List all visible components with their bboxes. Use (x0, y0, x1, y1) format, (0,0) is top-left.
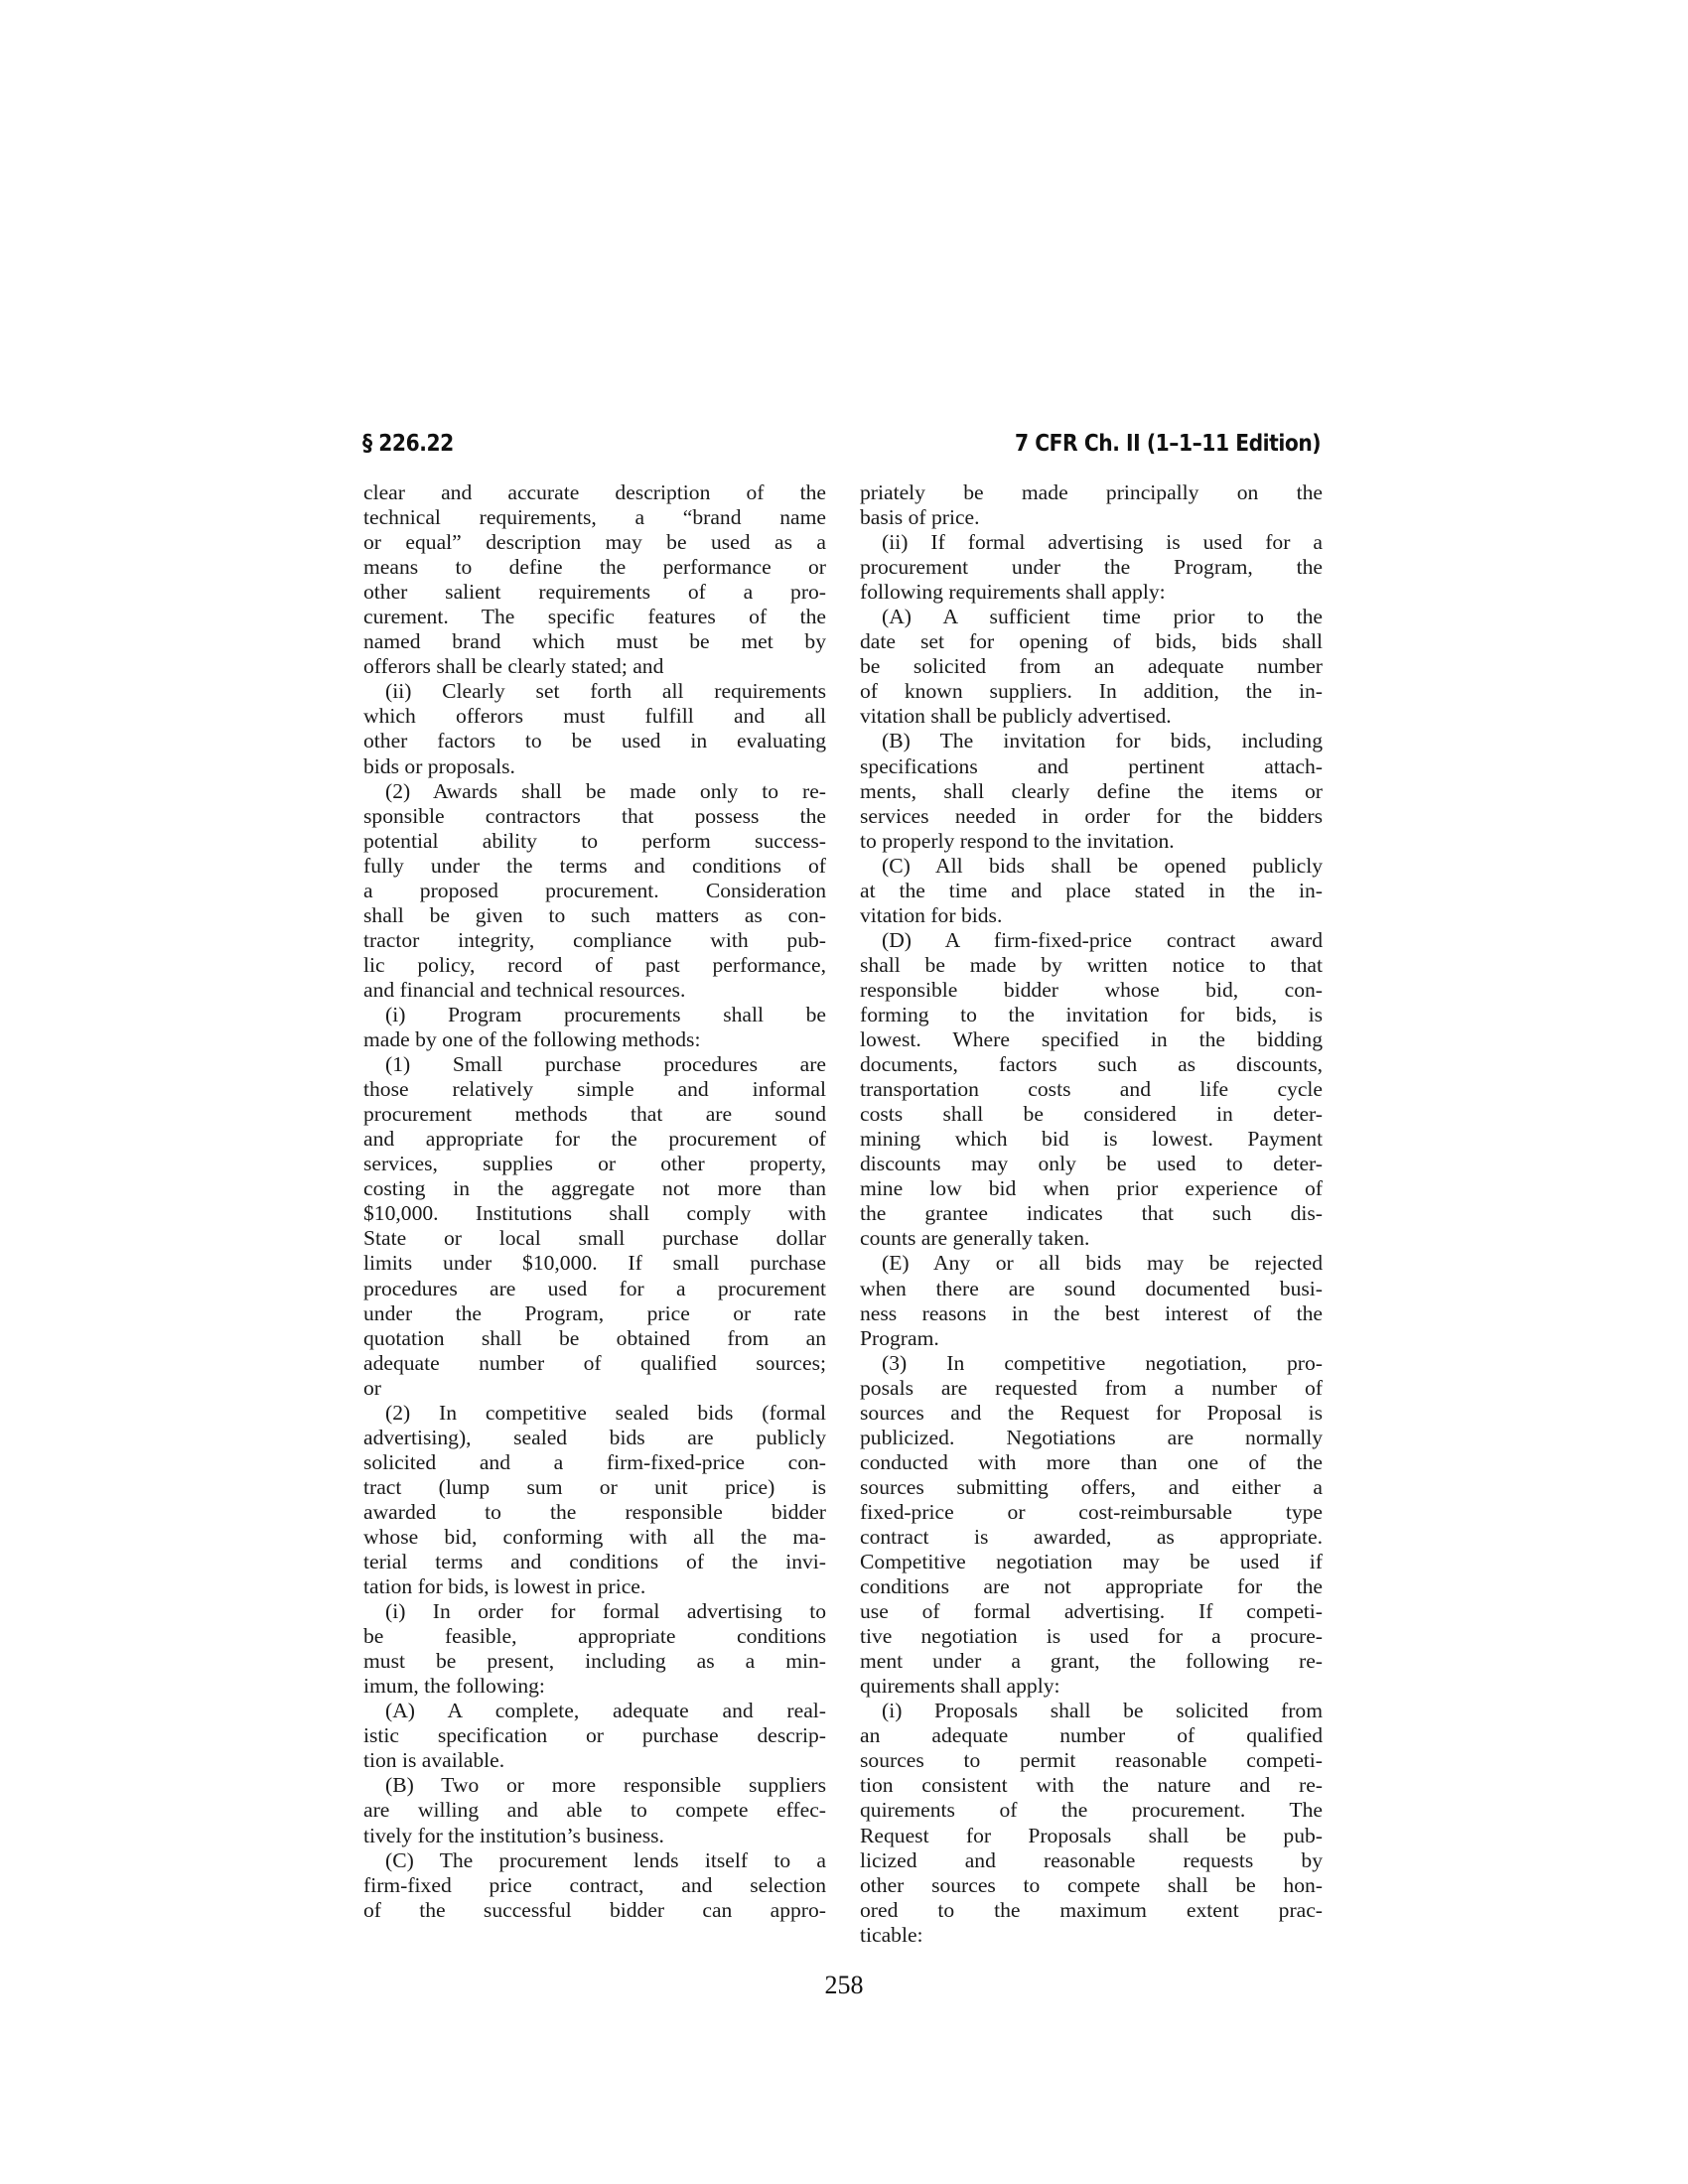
text-line: (C) All bids shall be opened publicly (860, 854, 1323, 879)
text-line: terial terms and conditions of the invi- (363, 1550, 826, 1574)
text-line: tively for the institution’s business. (363, 1824, 826, 1848)
paragraph: priately be made principally on thebasis… (860, 480, 1323, 530)
text-line: tation for bids, is lowest in price. (363, 1574, 826, 1599)
cfr-edition-header: 7 CFR Ch. II (1–1–11 Edition) (1015, 431, 1321, 457)
paragraph: (E) Any or all bids may be rejectedwhen … (860, 1251, 1323, 1350)
text-line: (1) Small purchase procedures are (363, 1052, 826, 1077)
text-line: (E) Any or all bids may be rejected (860, 1251, 1323, 1276)
text-line: tion consistent with the nature and re- (860, 1773, 1323, 1798)
text-line: basis of price. (860, 505, 1323, 530)
text-line: conditions are not appropriate for the (860, 1574, 1323, 1599)
paragraph: (i) Proposals shall be solicited froman … (860, 1699, 1323, 1947)
text-line: (A) A sufficient time prior to the (860, 605, 1323, 629)
text-line: curement. The specific features of the (363, 605, 826, 629)
text-line: (C) The procurement lends itself to a (363, 1848, 826, 1873)
paragraph: clear and accurate description of thetec… (363, 480, 826, 679)
text-line: State or local small purchase dollar (363, 1226, 826, 1251)
text-line: made by one of the following methods: (363, 1027, 826, 1052)
paragraph: (1) Small purchase procedures arethose r… (363, 1052, 826, 1401)
text-line: tive negotiation is used for a procure- (860, 1624, 1323, 1649)
text-line: priately be made principally on the (860, 480, 1323, 505)
paragraph: (i) Program procurements shall bemade by… (363, 1003, 826, 1052)
text-line: are willing and able to compete effec- (363, 1798, 826, 1823)
text-line: lic policy, record of past performance, (363, 953, 826, 978)
text-line: contract is awarded, as appropriate. (860, 1525, 1323, 1550)
text-line: specifications and pertinent attach- (860, 754, 1323, 779)
paragraph: (2) In competitive sealed bids (formalad… (363, 1401, 826, 1599)
text-line: a proposed procurement. Consideration (363, 879, 826, 903)
text-line: date set for opening of bids, bids shall (860, 629, 1323, 654)
text-line: documents, factors such as discounts, (860, 1052, 1323, 1077)
text-line: licized and reasonable requests by (860, 1848, 1323, 1873)
text-line: use of formal advertising. If competi- (860, 1599, 1323, 1624)
text-line: clear and accurate description of the (363, 480, 826, 505)
text-line: solicited and a firm-fixed-price con- (363, 1450, 826, 1475)
text-line: (B) The invitation for bids, including (860, 729, 1323, 753)
text-line: discounts may only be used to deter- (860, 1152, 1323, 1176)
text-line: costs shall be considered in deter- (860, 1102, 1323, 1127)
text-line: or equal” description may be used as a (363, 530, 826, 555)
text-line: advertising), sealed bids are publicly (363, 1426, 826, 1450)
page-number: 258 (0, 1971, 1688, 2000)
text-line: other sources to compete shall be hon- (860, 1873, 1323, 1898)
text-line: of the successful bidder can appro- (363, 1898, 826, 1923)
text-line: quirements of the procurement. The (860, 1798, 1323, 1823)
text-line: under the Program, price or rate (363, 1301, 826, 1326)
paragraph: (C) The procurement lends itself to afir… (363, 1848, 826, 1923)
text-line: quotation shall be obtained from an (363, 1326, 826, 1351)
text-line: quirements shall apply: (860, 1674, 1323, 1699)
text-line: ored to the maximum extent prac- (860, 1898, 1323, 1923)
text-line: or (363, 1376, 826, 1401)
text-line: (A) A complete, adequate and real- (363, 1699, 826, 1723)
text-line: at the time and place stated in the in- (860, 879, 1323, 903)
text-line: ticable: (860, 1923, 1323, 1948)
paragraph: (C) All bids shall be opened publiclyat … (860, 854, 1323, 928)
right-text-column: priately be made principally on thebasis… (860, 480, 1323, 1948)
text-line: sources and the Request for Proposal is (860, 1401, 1323, 1426)
text-line: (ii) If formal advertising is used for a (860, 530, 1323, 555)
text-line: and appropriate for the procurement of (363, 1127, 826, 1152)
text-line: bids or proposals. (363, 754, 826, 779)
text-line: fixed-price or cost-reimbursable type (860, 1500, 1323, 1525)
text-line: other factors to be used in evaluating (363, 729, 826, 753)
text-line: $10,000. Institutions shall comply with (363, 1201, 826, 1226)
text-line: sponsible contractors that possess the (363, 804, 826, 829)
text-line: imum, the following: (363, 1674, 826, 1699)
text-line: Competitive negotiation may be used if (860, 1550, 1323, 1574)
text-line: shall be made by written notice to that (860, 953, 1323, 978)
left-text-column: clear and accurate description of thetec… (363, 480, 826, 1923)
text-line: (2) Awards shall be made only to re- (363, 779, 826, 804)
paragraph: (ii) If formal advertising is used for a… (860, 530, 1323, 605)
text-line: tion is available. (363, 1748, 826, 1773)
text-line: must be present, including as a min- (363, 1649, 826, 1674)
text-line: vitation shall be publicly advertised. (860, 704, 1323, 729)
text-line: potential ability to perform success- (363, 829, 826, 854)
text-line: sources submitting offers, and either a (860, 1475, 1323, 1500)
text-line: shall be given to such matters as con- (363, 903, 826, 928)
text-line: be solicited from an adequate number (860, 654, 1323, 679)
text-line: services needed in order for the bidders (860, 804, 1323, 829)
text-line: when there are sound documented busi- (860, 1277, 1323, 1301)
text-line: (3) In competitive negotiation, pro- (860, 1351, 1323, 1376)
text-line: mining which bid is lowest. Payment (860, 1127, 1323, 1152)
text-line: those relatively simple and informal (363, 1077, 826, 1102)
text-line: lowest. Where specified in the bidding (860, 1027, 1323, 1052)
text-line: firm-fixed price contract, and selection (363, 1873, 826, 1898)
text-line: means to define the performance or (363, 555, 826, 580)
paragraph: (3) In competitive negotiation, pro-posa… (860, 1351, 1323, 1700)
text-line: named brand which must be met by (363, 629, 826, 654)
text-line: ments, shall clearly define the items or (860, 779, 1323, 804)
text-line: the grantee indicates that such dis- (860, 1201, 1323, 1226)
text-line: sources to permit reasonable competi- (860, 1748, 1323, 1773)
text-line: ment under a grant, the following re- (860, 1649, 1323, 1674)
section-number-header: § 226.22 (362, 431, 454, 457)
text-line: (i) Proposals shall be solicited from (860, 1699, 1323, 1723)
text-line: mine low bid when prior experience of (860, 1176, 1323, 1201)
text-line: Program. (860, 1326, 1323, 1351)
paragraph: (D) A firm-fixed-price contract awardsha… (860, 928, 1323, 1252)
paragraph: (i) In order for formal advertising tobe… (363, 1599, 826, 1699)
text-line: (2) In competitive sealed bids (formal (363, 1401, 826, 1426)
text-line: (ii) Clearly set forth all requirements (363, 679, 826, 704)
text-line: adequate number of qualified sources; (363, 1351, 826, 1376)
text-line: counts are generally taken. (860, 1226, 1323, 1251)
text-line: forming to the invitation for bids, is (860, 1003, 1323, 1027)
text-line: istic specification or purchase descrip- (363, 1723, 826, 1748)
text-line: transportation costs and life cycle (860, 1077, 1323, 1102)
text-line: Request for Proposals shall be pub- (860, 1824, 1323, 1848)
text-line: (i) Program procurements shall be (363, 1003, 826, 1027)
text-line: publicized. Negotiations are normally (860, 1426, 1323, 1450)
text-line: posals are requested from a number of (860, 1376, 1323, 1401)
text-line: an adequate number of qualified (860, 1723, 1323, 1748)
text-line: limits under $10,000. If small purchase (363, 1251, 826, 1276)
text-line: of known suppliers. In addition, the in- (860, 679, 1323, 704)
paragraph: (2) Awards shall be made only to re-spon… (363, 779, 826, 1003)
text-line: services, supplies or other property, (363, 1152, 826, 1176)
text-line: tractor integrity, compliance with pub- (363, 928, 826, 953)
text-line: costing in the aggregate not more than (363, 1176, 826, 1201)
text-line: whose bid, conforming with all the ma- (363, 1525, 826, 1550)
text-line: (B) Two or more responsible suppliers (363, 1773, 826, 1798)
text-line: offerors shall be clearly stated; and (363, 654, 826, 679)
text-line: to properly respond to the invitation. (860, 829, 1323, 854)
text-line: ness reasons in the best interest of the (860, 1301, 1323, 1326)
text-line: which offerors must fulfill and all (363, 704, 826, 729)
paragraph: (ii) Clearly set forth all requirementsw… (363, 679, 826, 778)
text-line: awarded to the responsible bidder (363, 1500, 826, 1525)
text-line: other salient requirements of a pro- (363, 580, 826, 605)
text-line: be feasible, appropriate conditions (363, 1624, 826, 1649)
text-line: following requirements shall apply: (860, 580, 1323, 605)
paragraph: (A) A sufficient time prior to thedate s… (860, 605, 1323, 729)
paragraph: (A) A complete, adequate and real-istic … (363, 1699, 826, 1773)
paragraph: (B) The invitation for bids, includingsp… (860, 729, 1323, 853)
text-line: tract (lump sum or unit price) is (363, 1475, 826, 1500)
text-line: fully under the terms and conditions of (363, 854, 826, 879)
paragraph: (B) Two or more responsible suppliersare… (363, 1773, 826, 1847)
text-line: procurement methods that are sound (363, 1102, 826, 1127)
text-line: conducted with more than one of the (860, 1450, 1323, 1475)
text-line: procedures are used for a procurement (363, 1277, 826, 1301)
text-line: responsible bidder whose bid, con- (860, 978, 1323, 1003)
text-line: and financial and technical resources. (363, 978, 826, 1003)
text-line: (D) A firm-fixed-price contract award (860, 928, 1323, 953)
text-line: (i) In order for formal advertising to (363, 1599, 826, 1624)
text-line: technical requirements, a “brand name (363, 505, 826, 530)
text-line: vitation for bids. (860, 903, 1323, 928)
text-line: procurement under the Program, the (860, 555, 1323, 580)
